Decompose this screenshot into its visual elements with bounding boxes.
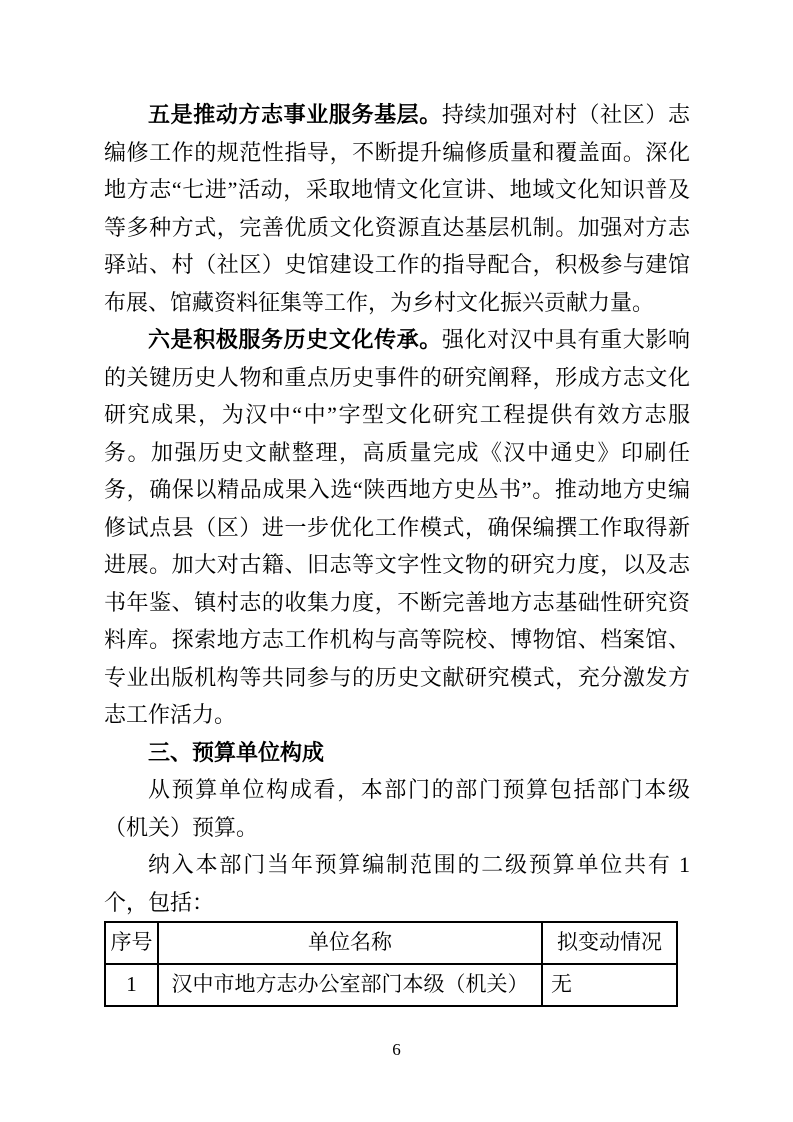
body-paragraph-5: 五是推动方志事业服务基层。持续加强对村（社区）志编修工作的规范性指导，不断提升编…	[104, 96, 690, 321]
paragraph-text-6: 强化对汉中具有重大影响的关键历史人物和重点历史事件的研究阐释，形成方志文化研究成…	[104, 327, 690, 727]
page-content: 五是推动方志事业服务基层。持续加强对村（社区）志编修工作的规范性指导，不断提升编…	[104, 96, 690, 1007]
table-row: 1 汉中市地方志办公室部门本级（机关） 无	[105, 964, 677, 1006]
section-paragraph-2: 纳入本部门当年预算编制范围的二级预算单位共有 1 个，包括：	[104, 846, 690, 921]
paragraph-text-5: 持续加强对村（社区）志编修工作的规范性指导，不断提升编修质量和覆盖面。深化地方志…	[104, 102, 690, 315]
table-cell-unit-name: 汉中市地方志办公室部门本级（机关）	[158, 964, 542, 1006]
table-header-seq: 序号	[105, 922, 158, 964]
table-header-change: 拟变动情况	[542, 922, 677, 964]
table-header-row: 序号 单位名称 拟变动情况	[105, 922, 677, 964]
page-number: 6	[0, 1040, 793, 1060]
table-cell-seq: 1	[105, 964, 158, 1006]
paragraph-lead-5: 五是推动方志事业服务基层。	[148, 102, 442, 127]
table-header-unit-name: 单位名称	[158, 922, 542, 964]
table-cell-change: 无	[542, 964, 677, 1006]
paragraph-lead-6: 六是积极服务历史文化传承。	[148, 327, 442, 352]
section-heading: 三、预算单位构成	[104, 734, 690, 772]
document-page: 五是推动方志事业服务基层。持续加强对村（社区）志编修工作的规范性指导，不断提升编…	[0, 0, 793, 1122]
body-paragraph-6: 六是积极服务历史文化传承。强化对汉中具有重大影响的关键历史人物和重点历史事件的研…	[104, 321, 690, 734]
section-paragraph-1: 从预算单位构成看，本部门的部门预算包括部门本级（机关）预算。	[104, 771, 690, 846]
units-table: 序号 单位名称 拟变动情况 1 汉中市地方志办公室部门本级（机关） 无	[104, 921, 678, 1007]
